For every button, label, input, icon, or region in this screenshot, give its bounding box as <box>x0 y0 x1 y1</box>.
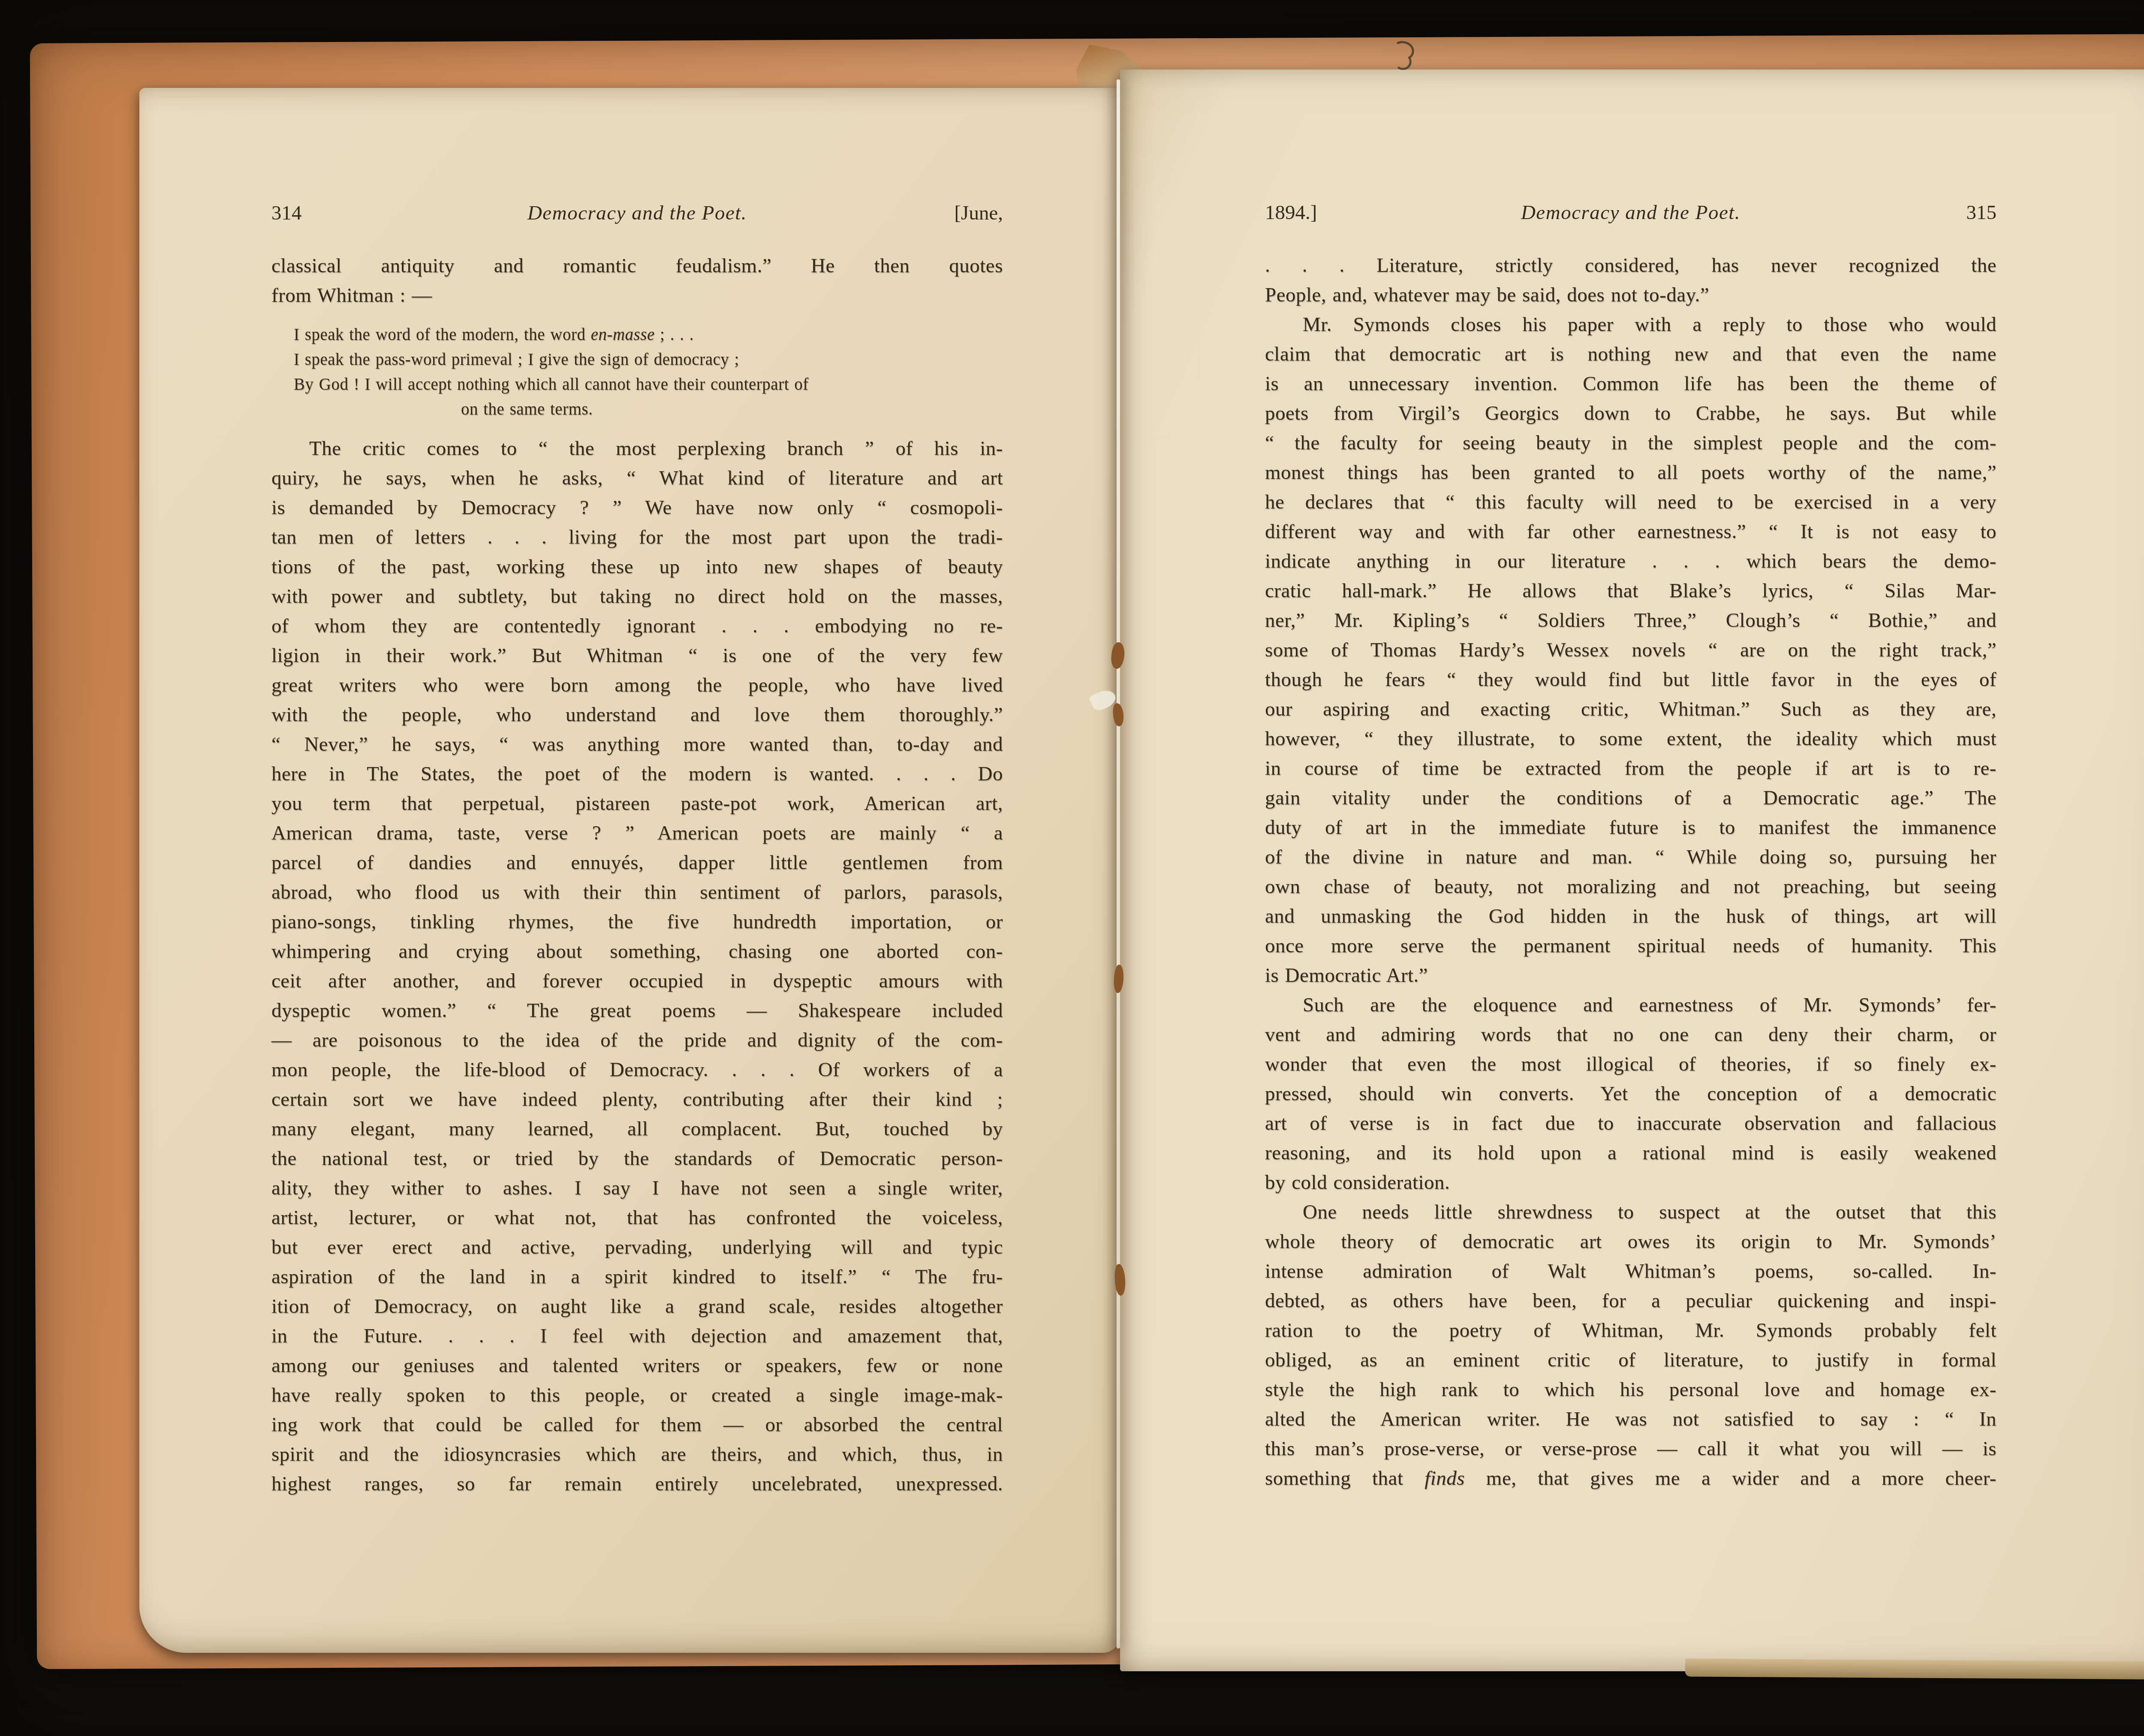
text-line: some of Thomas Hardy’s Wessex novels “ a… <box>1265 635 1996 665</box>
text-line: whole theory of democratic art owes its … <box>1265 1227 1996 1257</box>
text-line: American drama, taste, verse ? ” America… <box>271 818 1003 848</box>
text-line: ration to the poetry of Whitman, Mr. Sym… <box>1265 1316 1996 1345</box>
text-line: in course of time be extracted from the … <box>1265 754 1996 783</box>
text-line: The critic comes to “ the most perplexin… <box>271 434 1003 463</box>
text-line: of the divine in nature and man. “ While… <box>1265 842 1996 872</box>
text-line: here in The States, the poet of the mode… <box>271 759 1003 789</box>
text-line: ceit after another, and forever occupied… <box>271 966 1003 996</box>
text-line: classical antiquity and romantic feudali… <box>271 251 1003 281</box>
text-line: you term that perpetual, pistareen paste… <box>271 789 1003 818</box>
text-line: tions of the past, working these up into… <box>271 552 1003 582</box>
text-line: have really spoken to this people, or cr… <box>271 1381 1003 1410</box>
text-line: abroad, who flood us with their thin sen… <box>271 878 1003 907</box>
text-line: indicate anything in our literature . . … <box>1265 547 1996 576</box>
text-line: of whom they are contentedly ignorant . … <box>271 611 1003 641</box>
text-line: something that finds me, that gives me a… <box>1265 1464 1996 1493</box>
issue-date: 1894.] <box>1265 198 1317 228</box>
under-page-edge <box>1685 1658 2144 1679</box>
text-line: is demanded by Democracy ? ” We have now… <box>271 493 1003 523</box>
right-page: 1894.] Democracy and the Poet. 315 . . .… <box>1120 69 2144 1671</box>
text-line: from Whitman : — <box>271 281 1003 310</box>
text-line: this man’s prose-verse, or verse-prose —… <box>1265 1434 1996 1464</box>
text-line: our aspiring and exacting critic, Whitma… <box>1265 695 1996 724</box>
text-line: . . . Literature, strictly considered, h… <box>1265 251 1996 280</box>
text-line: ner,” Mr. Kipling’s “ Soldiers Three,” C… <box>1265 606 1996 635</box>
text-line: wonder that even the most illogical of t… <box>1265 1050 1996 1079</box>
text-line: Such are the eloquence and earnestness o… <box>1265 990 1996 1020</box>
text-line: I speak the word of the modern, the word… <box>271 322 1003 347</box>
running-title: Democracy and the Poet. <box>527 199 747 228</box>
text-line: with power and subtlety, but taking no d… <box>271 582 1003 611</box>
text-line: is an unnecessary invention. Common life… <box>1265 369 1996 399</box>
text-line: and unmasking the God hidden in the husk… <box>1265 902 1996 931</box>
text-line: duty of art in the immediate future is t… <box>1265 813 1996 842</box>
text-line: monest things has been granted to all po… <box>1265 458 1996 487</box>
text-line: spirit and the idiosyncrasies which are … <box>271 1440 1003 1469</box>
text-line: gain vitality under the conditions of a … <box>1265 783 1996 813</box>
text-line: I speak the pass-word primeval ; I give … <box>271 347 1003 372</box>
text-line: ing work that could be called for them —… <box>271 1410 1003 1440</box>
text-line: many elegant, many learned, all complace… <box>271 1114 1003 1144</box>
book-gutter <box>1117 79 1120 1649</box>
page-number: 315 <box>1966 198 1997 228</box>
text-line: with the people, who understand and love… <box>271 700 1003 730</box>
text-line: great writers who were born among the pe… <box>271 671 1003 700</box>
text-line: piano-songs, tinkling rhymes, the five h… <box>271 907 1003 937</box>
text-line: artist, lecturer, or what not, that has … <box>271 1203 1003 1233</box>
text-line: highest ranges, so far remain entirely u… <box>271 1469 1003 1499</box>
text-line: poets from Virgil’s Georgics down to Cra… <box>1265 399 1996 428</box>
running-title: Democracy and the Poet. <box>1521 198 1740 228</box>
text-line: by cold consideration. <box>1265 1168 1996 1197</box>
page-text: . . . Literature, strictly considered, h… <box>1265 251 1996 1493</box>
text-line: is Democratic Art.” <box>1265 961 1996 990</box>
text-line: alted the American writer. He was not sa… <box>1265 1405 1996 1434</box>
text-line: Mr. Symonds closes his paper with a repl… <box>1265 310 1996 340</box>
text-line: once more serve the permanent spiritual … <box>1265 931 1996 961</box>
scanned-book-spread: 314 Democracy and the Poet. [June, class… <box>0 0 2144 1736</box>
text-line: intense admiration of Walt Whitman’s poe… <box>1265 1257 1996 1286</box>
text-line: on the same terms. <box>271 397 1003 422</box>
text-line: quiry, he says, when he asks, “ What kin… <box>271 463 1003 493</box>
issue-date: [June, <box>954 199 1003 228</box>
text-line: mon people, the life-blood of Democracy.… <box>271 1055 1003 1085</box>
text-line: “ Never,” he says, “ was anything more w… <box>271 730 1003 759</box>
text-line: ligion in their work.” But Whitman “ is … <box>271 641 1003 671</box>
text-line: among our geniuses and talented writers … <box>271 1351 1003 1381</box>
text-line: different way and with far other earnest… <box>1265 517 1996 547</box>
text-line: reasoning, and its hold upon a rational … <box>1265 1138 1996 1168</box>
text-line: he declares that “ this faculty will nee… <box>1265 487 1996 517</box>
text-line: whimpering and crying about something, c… <box>271 937 1003 966</box>
text-line: the national test, or tried by the stand… <box>271 1144 1003 1173</box>
left-page-header: 314 Democracy and the Poet. [June, <box>271 199 1003 228</box>
text-line: however, “ they illustrate, to some exte… <box>1265 724 1996 754</box>
text-line: but ever erect and active, pervading, un… <box>271 1233 1003 1262</box>
text-line: ality, they wither to ashes. I say I hav… <box>271 1173 1003 1203</box>
text-line: ition of Democracy, on aught like a gran… <box>271 1292 1003 1321</box>
text-line: One needs little shrewdness to suspect a… <box>1265 1197 1996 1227</box>
text-line: debted, as others have been, for a pecul… <box>1265 1286 1996 1316</box>
text-line: By God ! I will accept nothing which all… <box>271 372 1003 397</box>
text-line: “ the faculty for seeing beauty in the s… <box>1265 428 1996 458</box>
text-line: claim that democratic art is nothing new… <box>1265 340 1996 369</box>
text-line: art of verse is in fact due to inaccurat… <box>1265 1109 1996 1138</box>
text-line: — are poisonous to the idea of the pride… <box>271 1026 1003 1055</box>
text-line: in the Future. . . . I feel with dejecti… <box>271 1321 1003 1351</box>
text-line: cratic hall-mark.” He allows that Blake’… <box>1265 576 1996 606</box>
right-page-text-block: 1894.] Democracy and the Poet. 315 . . .… <box>1265 198 1996 1493</box>
text-line: though he fears “ they would find but li… <box>1265 665 1996 695</box>
right-page-header: 1894.] Democracy and the Poet. 315 <box>1265 198 1996 228</box>
text-line: tan men of letters . . . living for the … <box>271 523 1003 552</box>
text-line: parcel of dandies and ennuyés, dapper li… <box>271 848 1003 878</box>
text-line: style the high rank to which his persona… <box>1265 1375 1996 1405</box>
left-page-text-block: 314 Democracy and the Poet. [June, class… <box>271 199 1003 1499</box>
text-line: certain sort we have indeed plenty, cont… <box>271 1085 1003 1114</box>
text-line: dyspeptic women.” “ The great poems — Sh… <box>271 996 1003 1026</box>
text-line: People, and, whatever may be said, does … <box>1265 280 1996 310</box>
page-number: 314 <box>271 199 302 228</box>
text-line: aspiration of the land in a spirit kindr… <box>271 1262 1003 1292</box>
page-text: classical antiquity and romantic feudali… <box>271 251 1003 1499</box>
left-page: 314 Democracy and the Poet. [June, class… <box>139 88 1120 1653</box>
text-line: obliged, as an eminent critic of literat… <box>1265 1345 1996 1375</box>
text-line: own chase of beauty, not moralizing and … <box>1265 872 1996 902</box>
text-line: vent and admiring words that no one can … <box>1265 1020 1996 1050</box>
text-line: pressed, should win converts. Yet the co… <box>1265 1079 1996 1109</box>
